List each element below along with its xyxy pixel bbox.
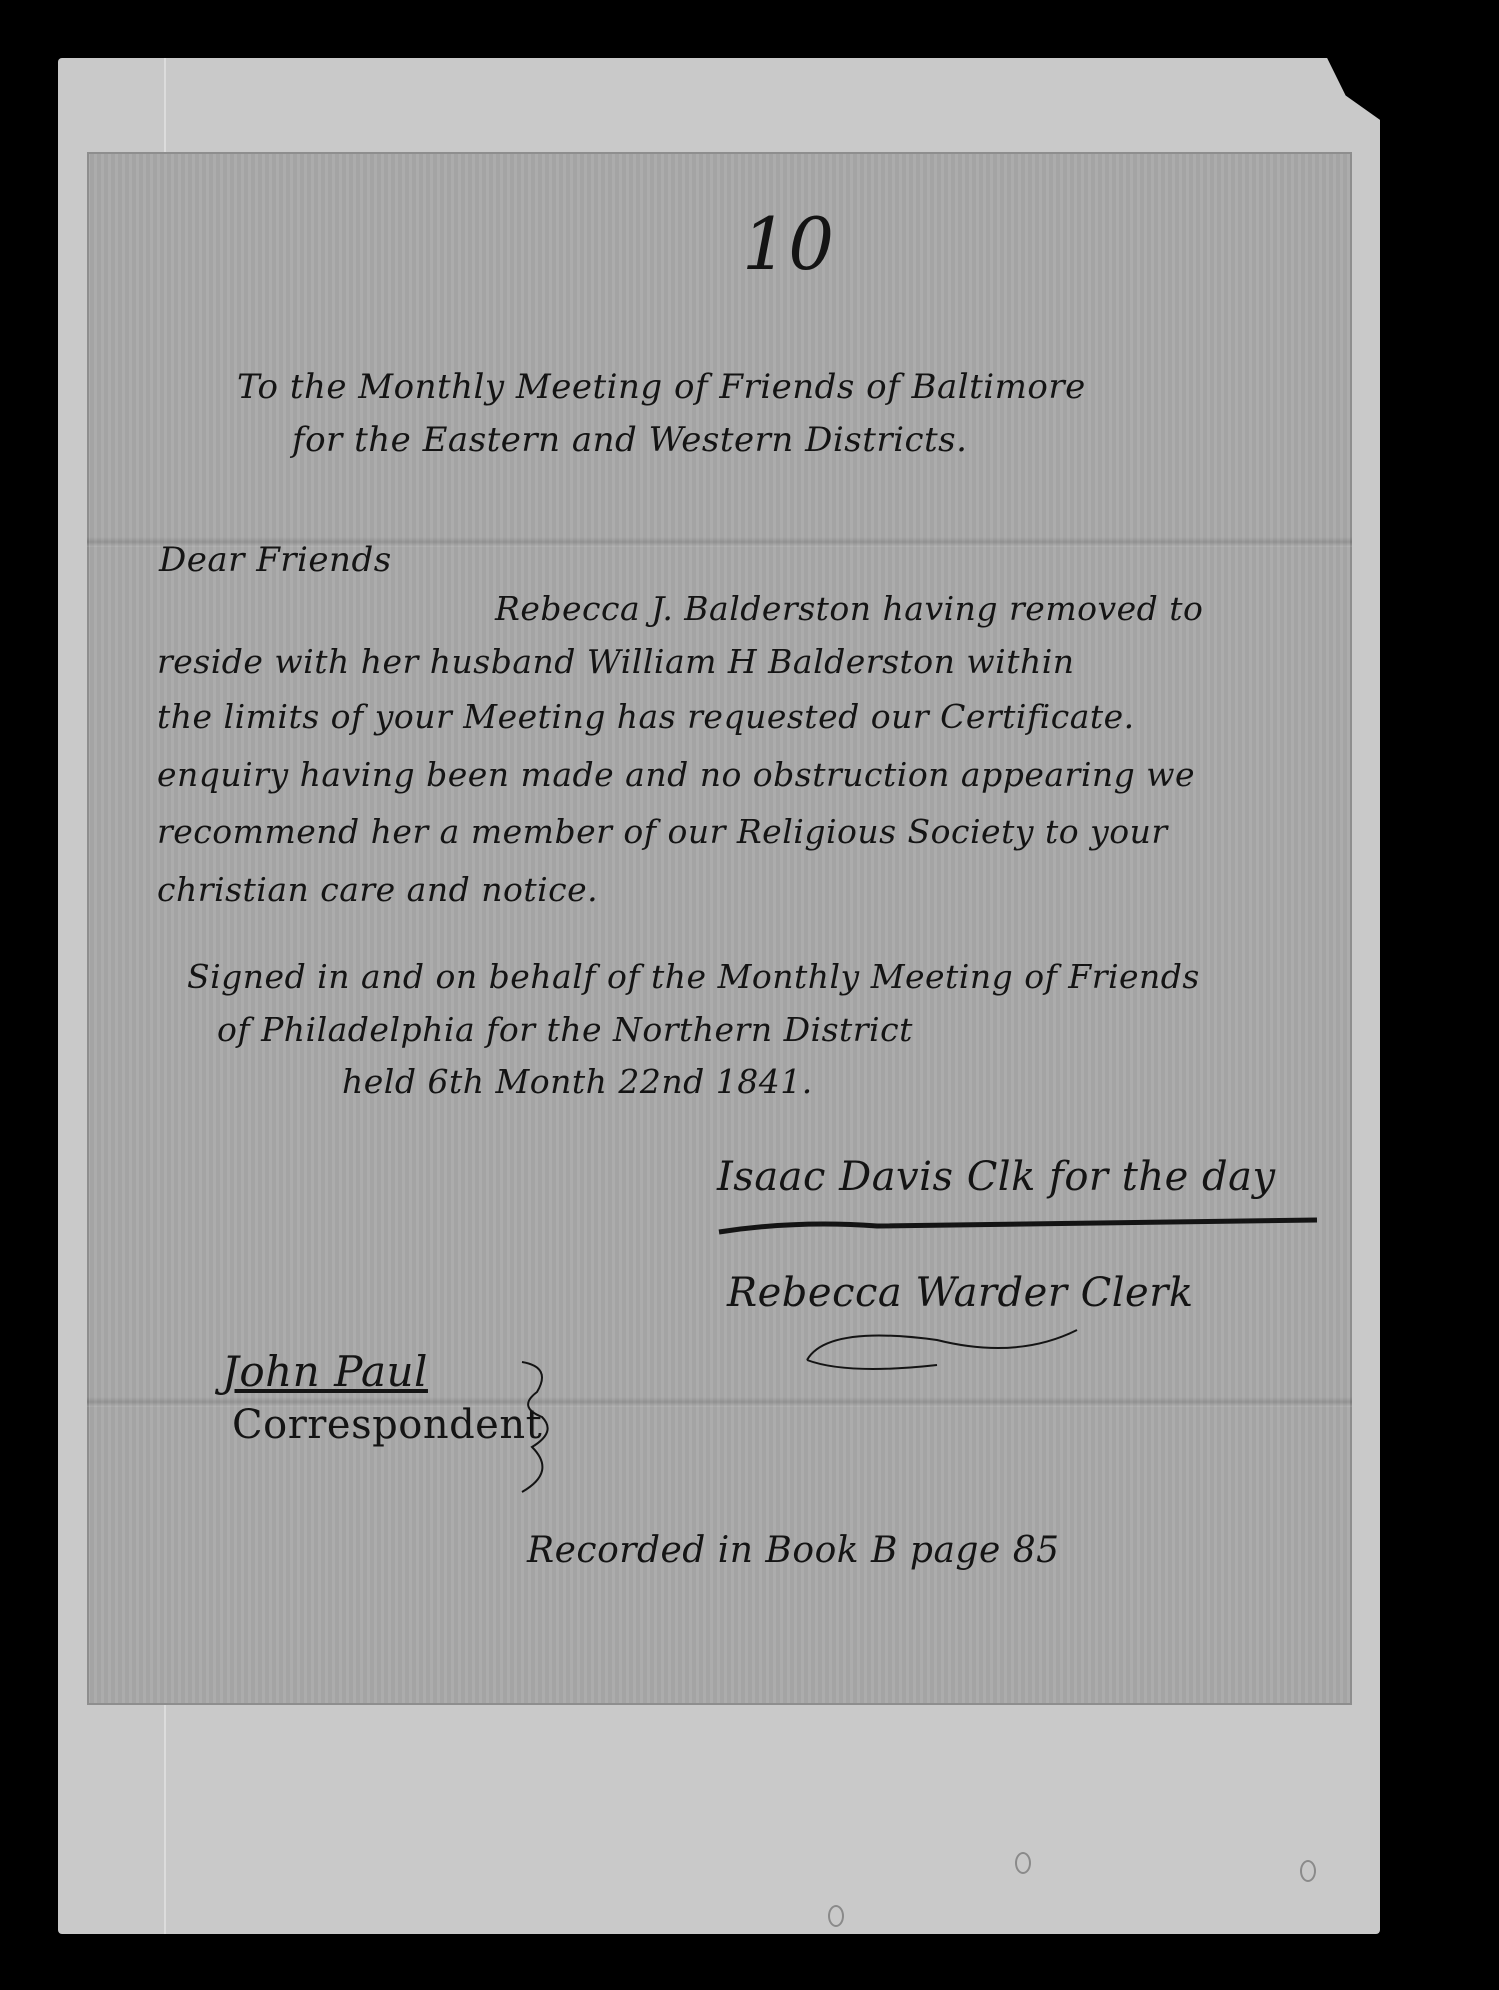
bracket-flourish: [512, 1352, 572, 1502]
signature-isaac-davis: Isaac Davis Clk for the day: [717, 1154, 1276, 1200]
body-line: enquiry having been made and no obstruct…: [157, 755, 1195, 794]
punch-hole: [1300, 1860, 1316, 1882]
closing-line: of Philadelphia for the Northern Distric…: [217, 1010, 913, 1049]
punch-hole: [828, 1905, 844, 1927]
closing-line: held 6th Month 22nd 1841.: [342, 1062, 813, 1101]
body-line: recommend her a member of our Religious …: [157, 812, 1168, 851]
punch-hole: [1015, 1852, 1031, 1874]
closing-line: Signed in and on behalf of the Monthly M…: [187, 957, 1200, 996]
signature-john-paul: John Paul: [222, 1347, 428, 1396]
correspondent-title: Correspondent: [232, 1402, 542, 1448]
body-line: christian care and notice.: [157, 870, 598, 909]
signature-rebecca-warder: Rebecca Warder Clerk: [727, 1270, 1194, 1316]
signature-underline-flourish: [717, 1210, 1337, 1250]
address-line-1: To the Monthly Meeting of Friends of Bal…: [237, 367, 1086, 407]
recording-note: Recorded in Book B page 85: [527, 1530, 1060, 1571]
address-line-2: for the Eastern and Western Districts.: [292, 420, 967, 460]
body-line: the limits of your Meeting has requested…: [157, 697, 1135, 736]
salutation: Dear Friends: [159, 540, 392, 580]
body-line: reside with her husband William H Balder…: [157, 642, 1075, 681]
body-line: Rebecca J. Balderston having removed to: [495, 589, 1203, 628]
signature-flourish: [787, 1320, 1087, 1380]
page-number: 10: [742, 202, 835, 286]
letter-page: 10 To the Monthly Meeting of Friends of …: [87, 152, 1352, 1705]
